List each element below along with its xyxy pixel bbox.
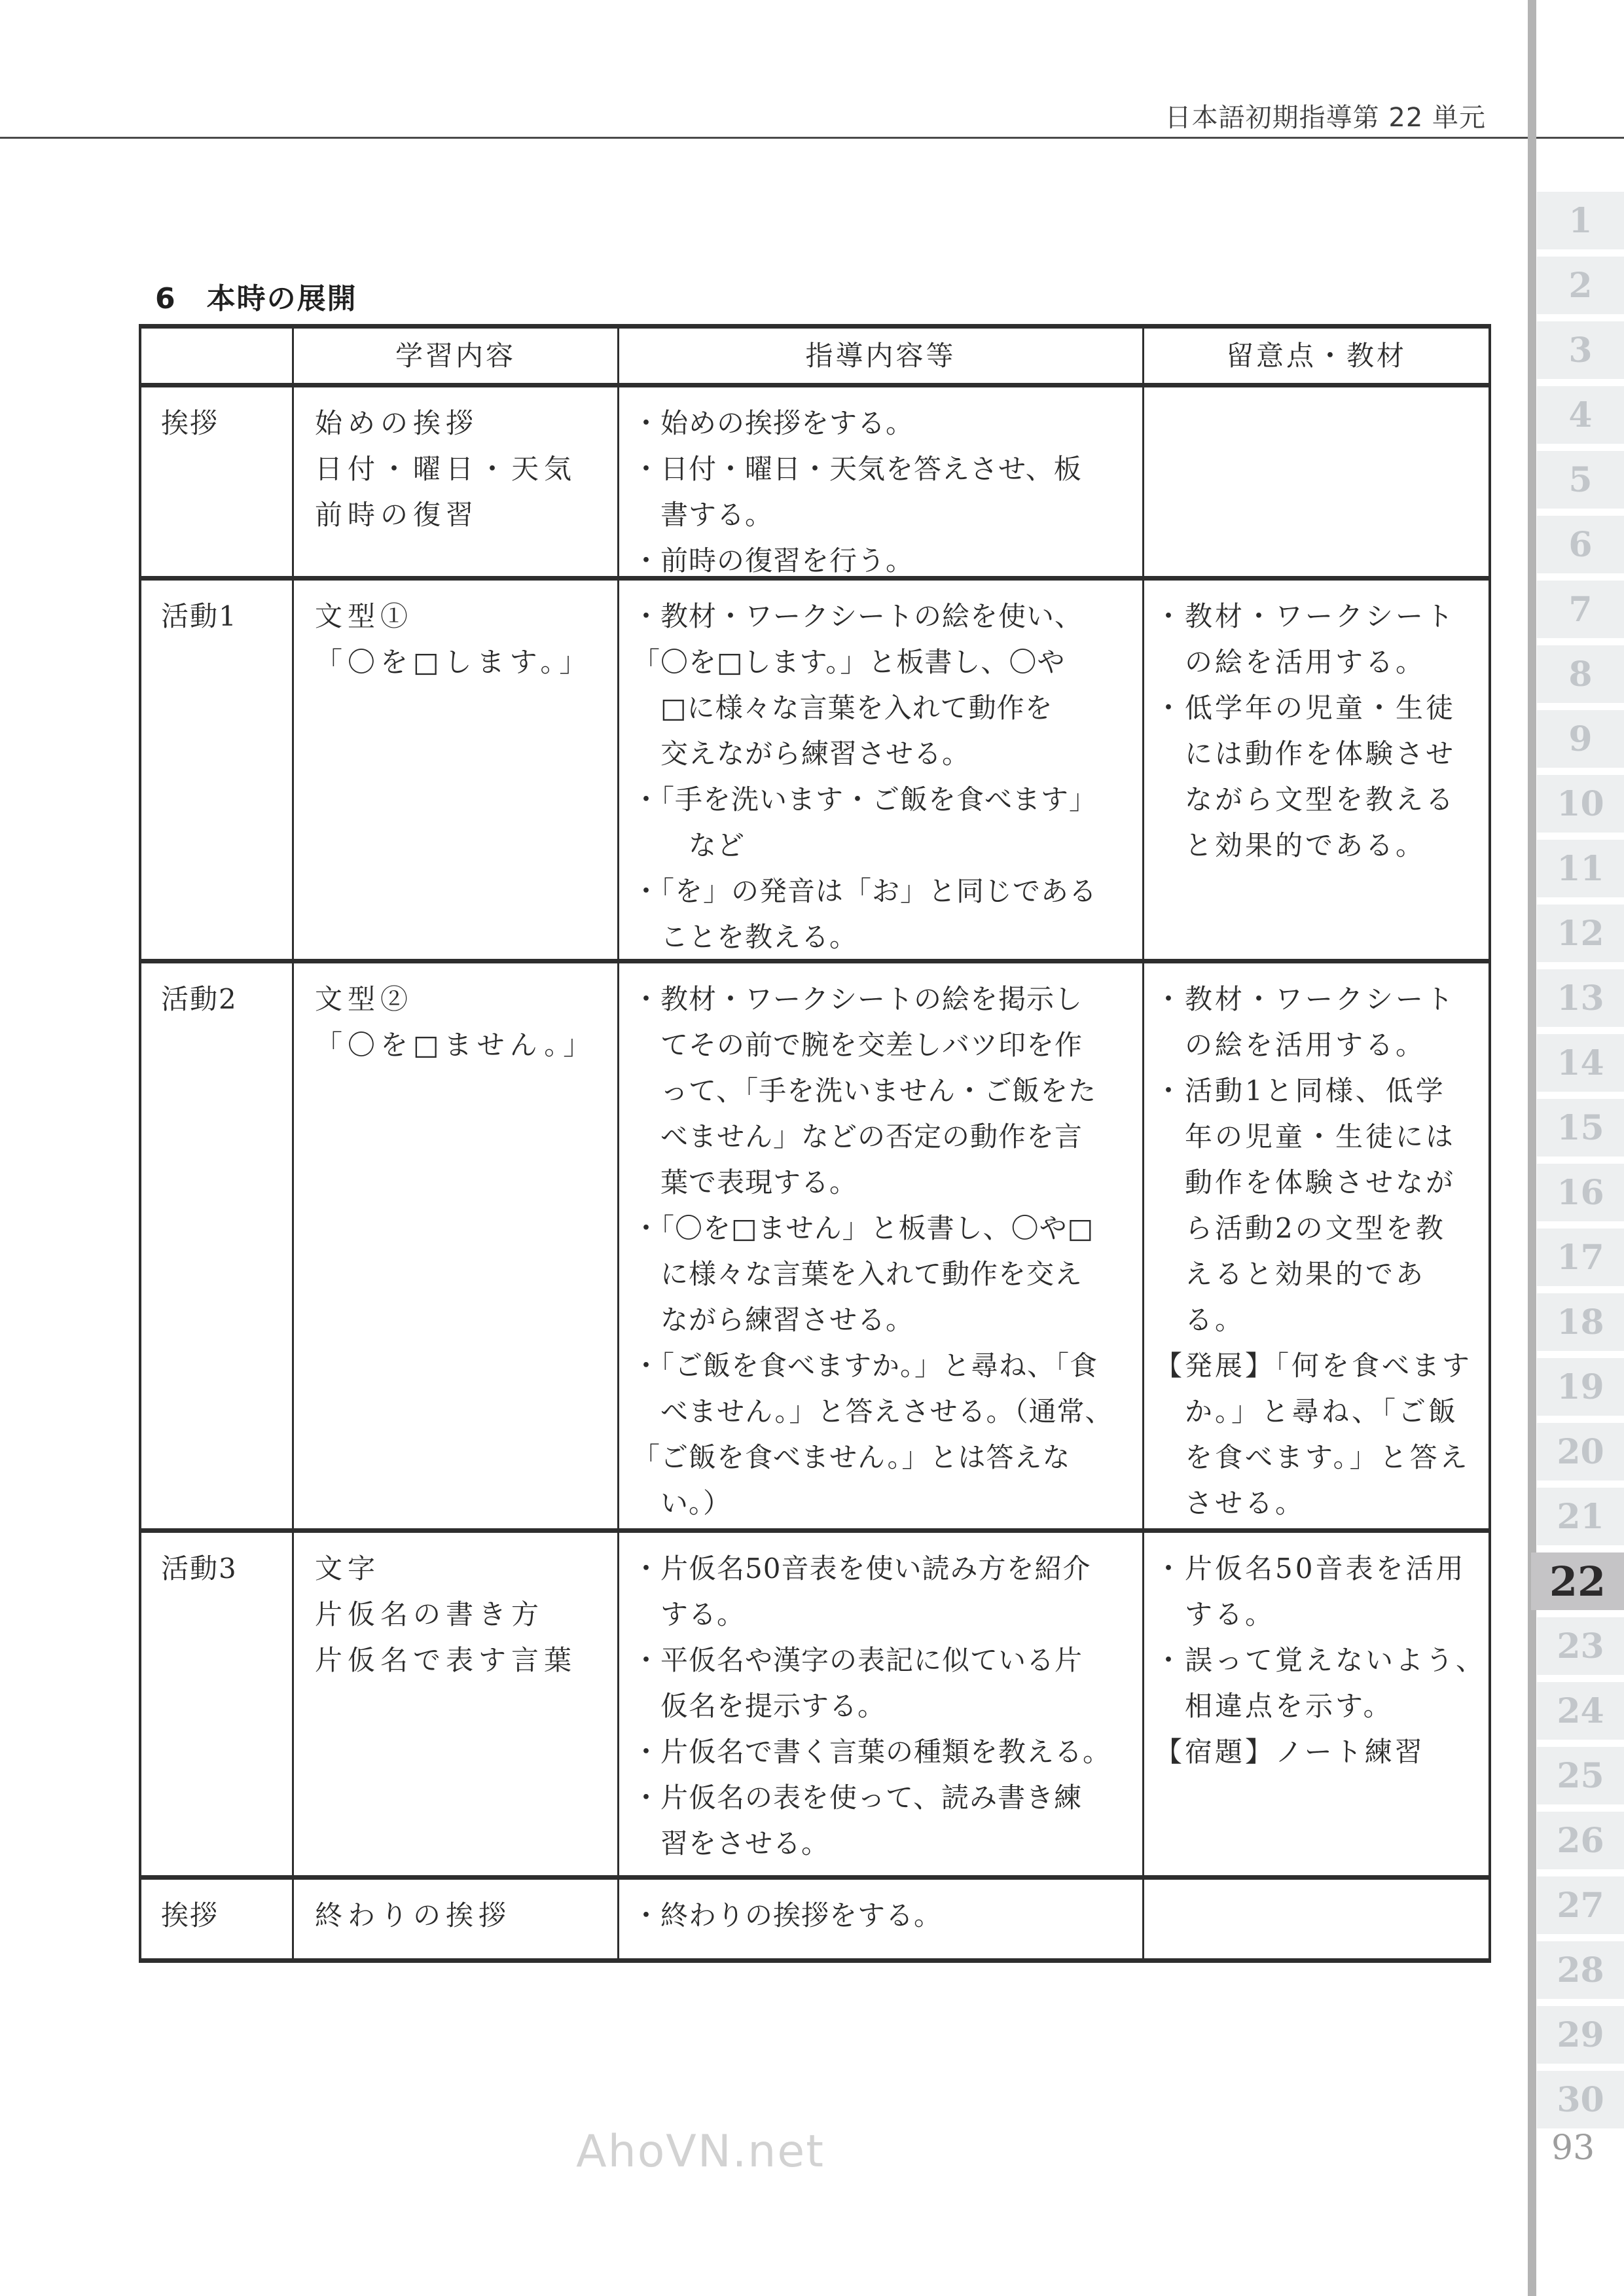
unit-tab: 17 (1537, 1229, 1624, 1286)
unit-tab: 4 (1537, 386, 1624, 444)
unit-tab: 28 (1537, 1941, 1624, 1999)
unit-tab: 21 (1537, 1488, 1624, 1545)
header-rule (0, 137, 1624, 139)
cell-study-activity-2: 文型② 「〇を□ません。」 (294, 963, 619, 1533)
unit-tab: 24 (1537, 1682, 1624, 1740)
lesson-plan-table: 学習内容 指導内容等 留意点・教材 挨拶 始めの挨拶 日付・曜日・天気 前時の復… (139, 324, 1491, 1963)
page-edge-strip (1528, 0, 1536, 2296)
unit-tab-rail: 1234567891011121314151617181920212223242… (1537, 192, 1624, 2136)
unit-tab: 14 (1537, 1034, 1624, 1092)
cell-teach-activity-3: ・片仮名50音表を使い読み方を紹介 する。 ・平仮名や漢字の表記に似ている片 仮… (619, 1533, 1144, 1880)
unit-tab: 13 (1537, 969, 1624, 1027)
unit-tab: 11 (1537, 840, 1624, 897)
col-header-teaching-content: 指導内容等 (619, 329, 1144, 387)
unit-tab: 25 (1537, 1747, 1624, 1804)
cell-notes-greeting-start (1144, 387, 1489, 581)
cell-teach-activity-1: ・教材・ワークシートの絵を使い、 「〇を□します。」と板書し、〇や □に様々な言… (619, 581, 1144, 963)
cell-notes-activity-2: ・教材・ワークシート の絵を活用する。 ・活動1と同様、低学 年の児童・生徒には… (1144, 963, 1489, 1533)
unit-tab: 16 (1537, 1164, 1624, 1221)
unit-tab: 10 (1537, 775, 1624, 833)
unit-tab: 12 (1537, 905, 1624, 962)
cell-study-greeting-start: 始めの挨拶 日付・曜日・天気 前時の復習 (294, 387, 619, 581)
unit-tab: 5 (1537, 451, 1624, 509)
watermark: AhoVN.net (576, 2126, 825, 2178)
page-title: 6 本時の展開 (155, 275, 357, 317)
unit-tab: 2 (1537, 257, 1624, 314)
row-label-activity-1: 活動1 (141, 581, 294, 963)
col-header-notes-materials: 留意点・教材 (1144, 329, 1489, 387)
unit-tab: 26 (1537, 1812, 1624, 1869)
row-label-activity-3: 活動3 (141, 1533, 294, 1880)
unit-tab: 8 (1537, 645, 1624, 703)
page-number: 93 (1551, 2128, 1595, 2168)
unit-tab: 22 (1531, 1552, 1624, 1610)
cell-study-activity-3: 文字 片仮名の書き方 片仮名で表す言葉 (294, 1533, 619, 1880)
cell-study-activity-1: 文型① 「〇を□します。」 (294, 581, 619, 963)
unit-tab: 6 (1537, 516, 1624, 573)
cell-study-greeting-end: 終わりの挨拶 (294, 1880, 619, 1958)
unit-tab: 23 (1537, 1617, 1624, 1675)
unit-tab: 19 (1537, 1358, 1624, 1416)
unit-tab: 27 (1537, 1876, 1624, 1934)
cell-teach-greeting-start: ・始めの挨拶をする。 ・日付・曜日・天気を答えさせ、板 書する。 ・前時の復習を… (619, 387, 1144, 581)
unit-tab: 7 (1537, 581, 1624, 638)
col-header-study-content: 学習内容 (294, 329, 619, 387)
row-label-greeting-start: 挨拶 (141, 387, 294, 581)
cell-teach-activity-2: ・教材・ワークシートの絵を掲示し てその前で腕を交差しバツ印を作 って、「手を洗… (619, 963, 1144, 1533)
unit-tab: 15 (1537, 1099, 1624, 1157)
cell-teach-greeting-end: ・終わりの挨拶をする。 (619, 1880, 1144, 1958)
cell-notes-greeting-end (1144, 1880, 1489, 1958)
unit-tab: 9 (1537, 710, 1624, 768)
unit-tab: 1 (1537, 192, 1624, 249)
cell-notes-activity-1: ・教材・ワークシート の絵を活用する。 ・低学年の児童・生徒 には動作を体験させ… (1144, 581, 1489, 963)
row-label-activity-2: 活動2 (141, 963, 294, 1533)
unit-tab: 18 (1537, 1293, 1624, 1351)
document-header-label: 日本語初期指導第 22 単元 (1165, 97, 1486, 134)
col-header-empty (141, 329, 294, 387)
cell-notes-activity-3: ・片仮名50音表を活用 する。 ・誤って覚えないよう、 相違点を示す。 【宿題】… (1144, 1533, 1489, 1880)
row-label-greeting-end: 挨拶 (141, 1880, 294, 1958)
unit-tab: 3 (1537, 321, 1624, 379)
unit-tab: 20 (1537, 1423, 1624, 1480)
unit-tab: 30 (1537, 2071, 1624, 2128)
unit-tab: 29 (1537, 2006, 1624, 2064)
